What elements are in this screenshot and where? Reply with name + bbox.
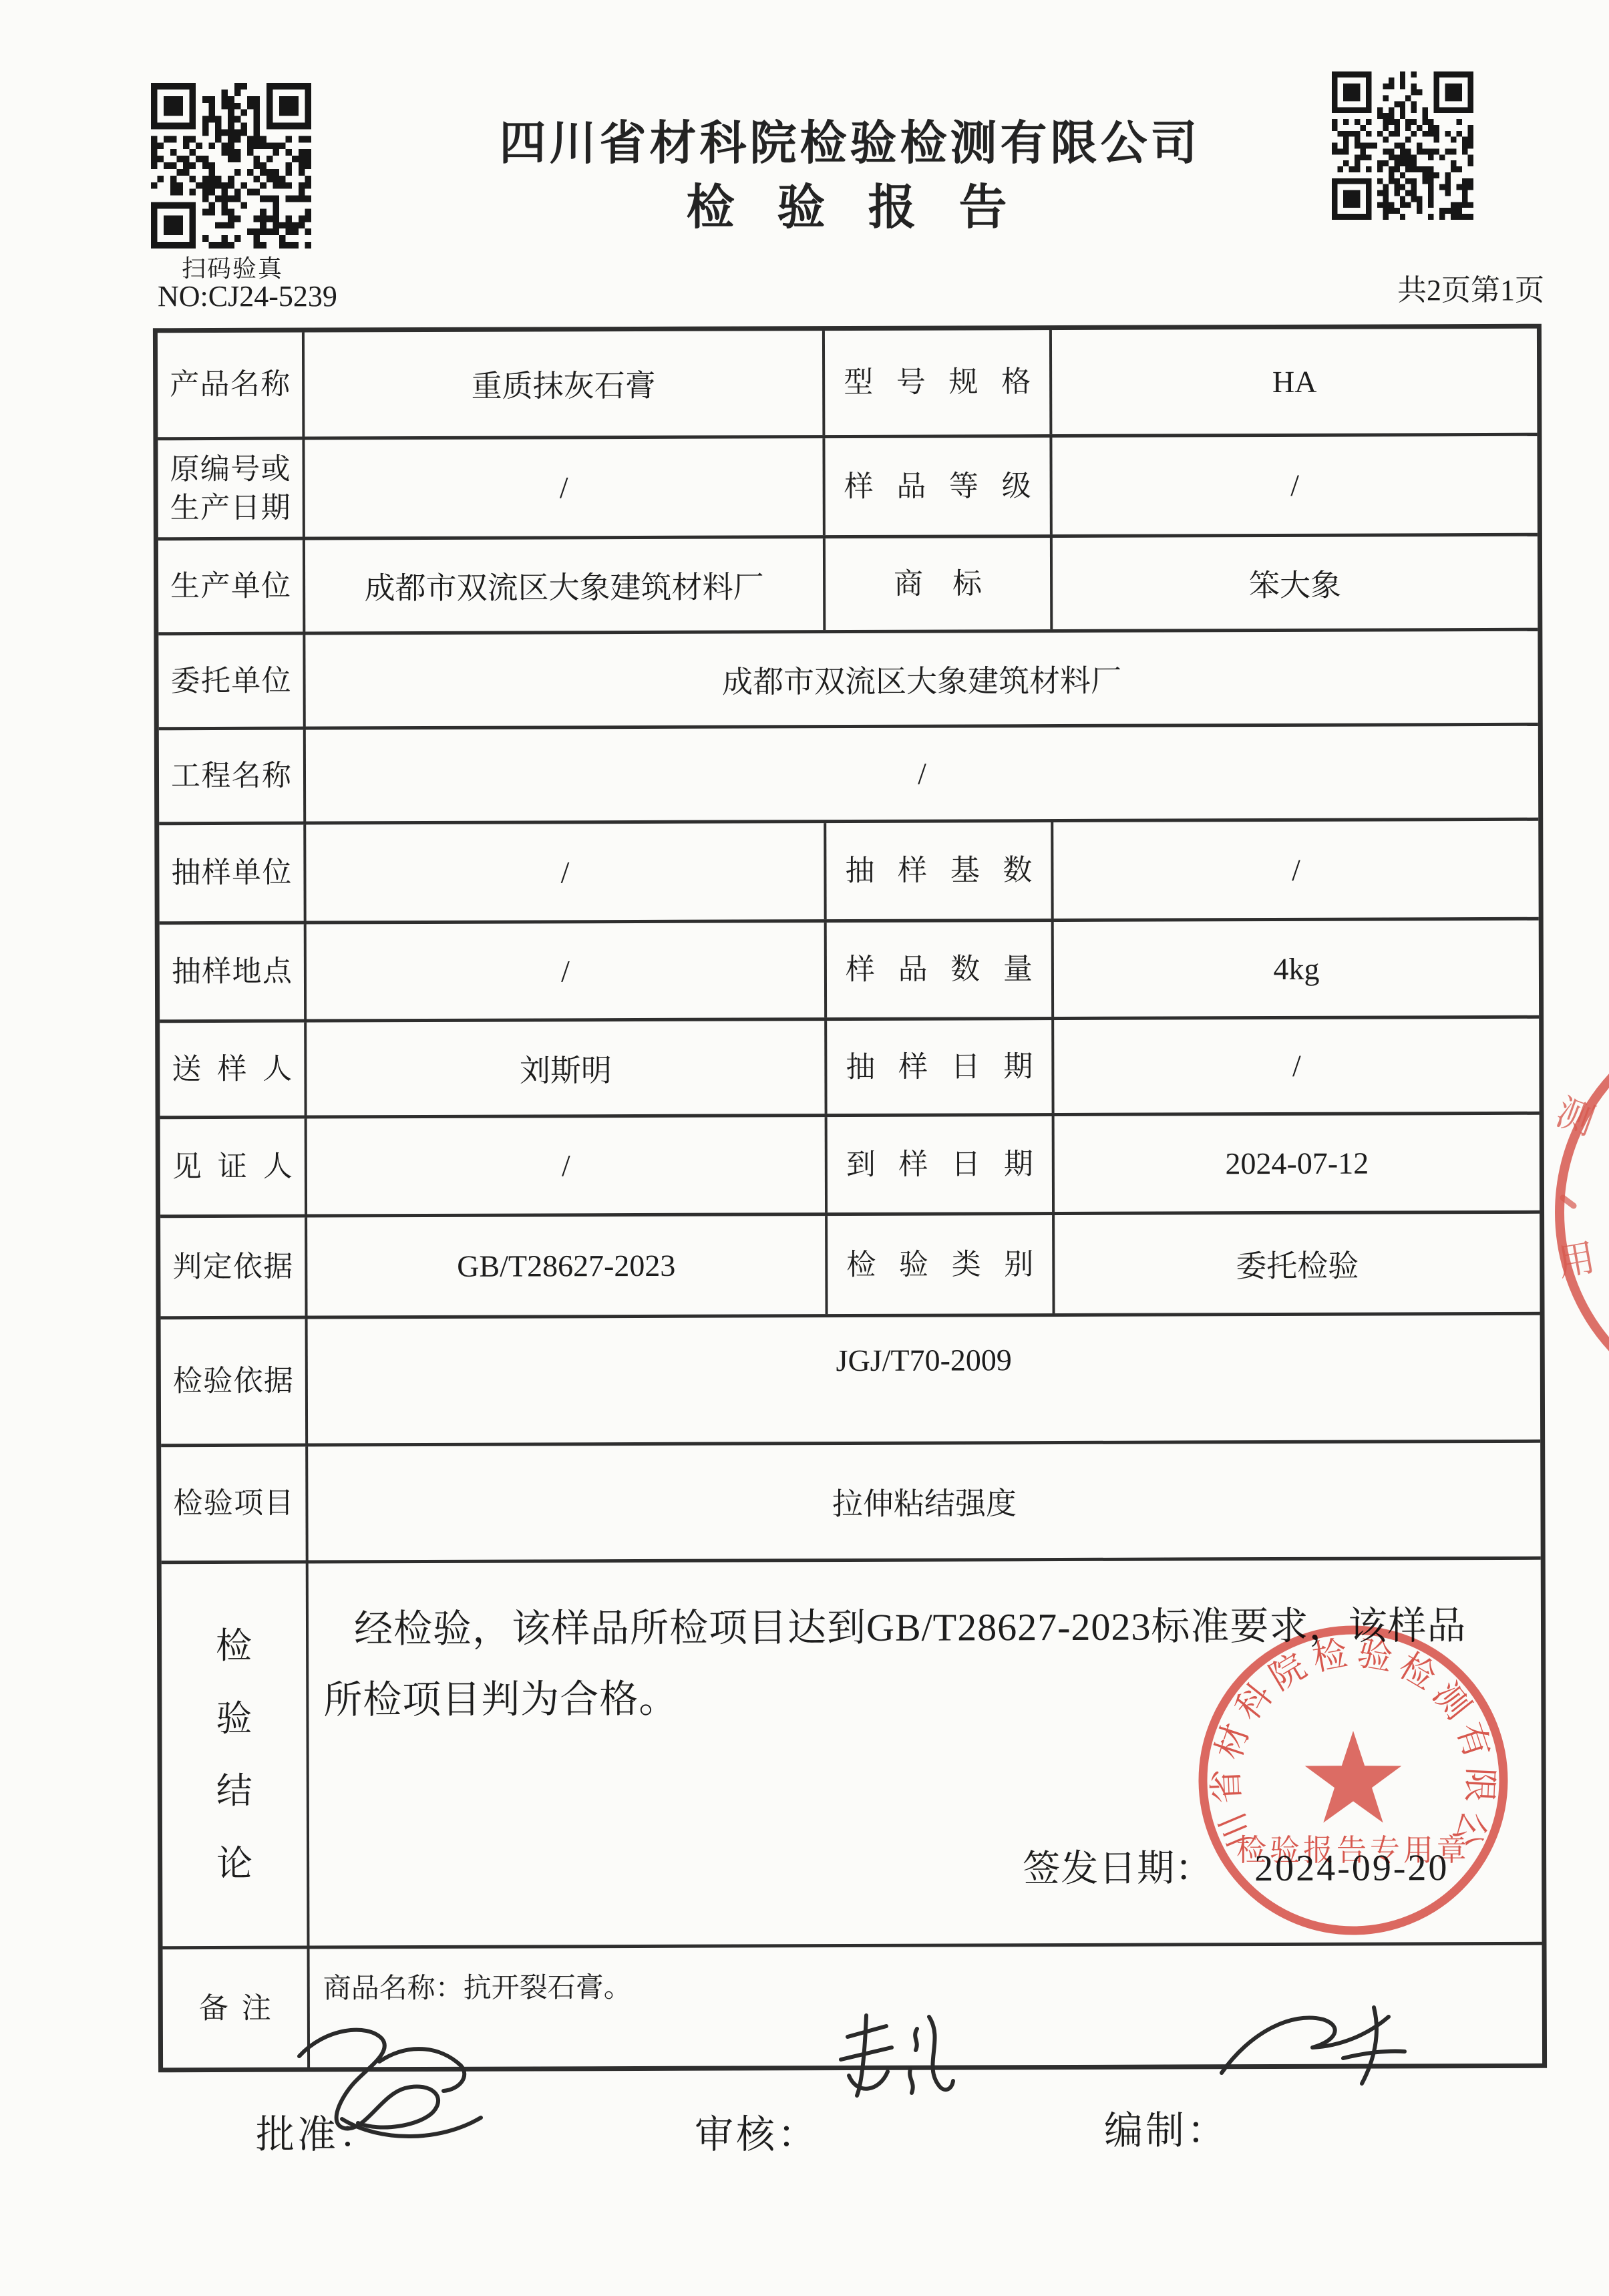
field-value: 刘斯明 — [304, 1021, 824, 1115]
table-row: 判定依据 GB/T28627-2023 检验类别 委托检验 — [160, 1210, 1540, 1316]
edge-seal-char: 用 — [1554, 1237, 1598, 1285]
field-value: / — [1051, 1019, 1539, 1113]
table-row: 检验项目 拉伸粘结强度 — [161, 1440, 1541, 1561]
field-label-text: 样品数量 — [846, 950, 1033, 989]
table-row: 送样人 刘斯明 抽样日期 / — [160, 1015, 1539, 1116]
table-row: 产品名称 重质抹灰石膏 型号规格 HA — [158, 329, 1537, 437]
table-row: 见证人 / 到样日期 2024-07-12 — [160, 1112, 1540, 1214]
edge-seal-stamp: 测 用 — [1519, 1052, 1609, 1373]
field-label: 判定依据 — [160, 1218, 305, 1317]
field-label: 生产单位 — [158, 540, 303, 633]
report-page: 扫码验真 四川省材科院检验检测有限公司 检 验 报 告 NO:CJ24-5239… — [0, 0, 1609, 2296]
field-label-line: 原编号或 — [170, 450, 290, 489]
field-label-text: 检验依据 — [173, 1362, 293, 1402]
conclusion-label-char: 结 — [216, 1773, 252, 1809]
table-row: 抽样地点 / 样品数量 4kg — [160, 917, 1539, 1019]
field-label: 抽样日期 — [824, 1020, 1051, 1114]
field-label: 委托单位 — [158, 635, 303, 727]
report-number: NO:CJ24-5239 — [158, 279, 337, 313]
review-label: 审核： — [695, 2103, 819, 2159]
field-value: / — [303, 823, 824, 921]
field-label-text: 样品等级 — [844, 467, 1031, 506]
field-label-text: 检验类别 — [846, 1245, 1033, 1285]
field-value: / — [302, 438, 822, 536]
remark-label-text: 备注 — [175, 1989, 295, 2028]
field-label-text: 抽样基数 — [845, 851, 1032, 890]
field-value: / — [303, 726, 1538, 822]
field-label: 样品数量 — [824, 922, 1051, 1017]
field-value: 成都市双流区大象建筑材料厂 — [303, 538, 823, 631]
conclusion-label-char: 检 — [216, 1628, 252, 1664]
table-row: 抽样单位 / 抽样基数 / — [159, 818, 1538, 921]
table-row: 原编号或 生产日期 / 样品等级 / — [158, 433, 1537, 537]
field-label-line: 生产日期 — [170, 488, 291, 528]
company-seal-stamp: 四川省材科院检验检测有限公司 检验报告专用章 — [1180, 1607, 1527, 1954]
field-label-text: 抽样单位 — [171, 854, 291, 893]
field-label: 抽样地点 — [160, 925, 304, 1020]
field-label-text: 商标 — [844, 564, 1031, 604]
field-label: 商标 — [823, 538, 1050, 630]
field-label: 检验项目 — [161, 1447, 306, 1561]
approver-signature — [281, 2017, 494, 2164]
company-title: 四川省材科院检验检测有限公司 — [156, 106, 1544, 173]
field-label-text: 委托单位 — [170, 661, 291, 701]
seal-star-icon — [1305, 1731, 1402, 1823]
field-label-text: 抽样地点 — [172, 953, 292, 992]
field-value: HA — [1049, 329, 1537, 434]
preparer-signature — [1212, 1994, 1413, 2101]
field-label: 到样日期 — [825, 1116, 1052, 1212]
field-label: 送样人 — [160, 1023, 304, 1116]
field-label: 见证人 — [160, 1119, 305, 1215]
field-label-text: 型号规格 — [844, 363, 1031, 402]
conclusion-label-char: 论 — [216, 1845, 252, 1881]
field-label-text: 抽样日期 — [846, 1047, 1033, 1087]
field-value: 4kg — [1051, 921, 1539, 1017]
field-value: 笨大象 — [1050, 536, 1538, 629]
table-row: 检验依据 JGJ/T70-2009 — [161, 1312, 1541, 1444]
field-value: JGJ/T70-2009 — [305, 1315, 1541, 1444]
svg-text:四川省材科院检验检测有限公司: 四川省材科院检验检测有限公司 — [1180, 1607, 1499, 1854]
edge-seal-mark — [1563, 1198, 1574, 1206]
field-value: 成都市双流区大象建筑材料厂 — [303, 631, 1538, 727]
field-label: 抽样单位 — [159, 825, 303, 922]
field-label-text: 到样日期 — [846, 1145, 1033, 1184]
table-row: 生产单位 成都市双流区大象建筑材料厂 商标 笨大象 — [158, 533, 1538, 632]
field-value: 拉伸粘结强度 — [305, 1443, 1541, 1561]
table-row: 工程名称 / — [159, 723, 1538, 822]
field-label-text: 判定依据 — [172, 1247, 293, 1287]
field-value: 2024-07-12 — [1052, 1115, 1540, 1212]
table-row: 委托单位 成都市双流区大象建筑材料厂 — [158, 628, 1538, 727]
report-title: 检 验 报 告 — [156, 168, 1544, 238]
field-label-text: 送样人 — [172, 1049, 292, 1089]
field-value: / — [305, 1117, 825, 1214]
field-label: 抽样基数 — [824, 822, 1051, 919]
reviewer-signature — [825, 2007, 965, 2138]
field-label-text: 检验项目 — [173, 1484, 293, 1524]
field-label: 产品名称 — [158, 333, 302, 438]
field-label: 样品等级 — [822, 438, 1049, 535]
field-label-text: 原编号或 生产日期 — [170, 450, 290, 528]
field-label: 工程名称 — [159, 730, 303, 822]
field-value: / — [304, 923, 824, 1019]
seal-ring-text: 四川省材科院检验检测有限公司 — [1180, 1607, 1499, 1854]
field-value: GB/T28627-2023 — [305, 1216, 825, 1315]
field-label-text: 生产单位 — [170, 566, 291, 606]
prepare-label: 编制： — [1104, 2099, 1228, 2155]
field-label: 检验类别 — [825, 1215, 1052, 1314]
field-label-text: 工程名称 — [171, 756, 291, 796]
field-label: 检验依据 — [161, 1319, 306, 1444]
field-value: / — [1051, 821, 1538, 919]
field-value: 重质抹灰石膏 — [302, 331, 822, 436]
field-label-text: 见证人 — [172, 1147, 293, 1186]
field-value: 委托检验 — [1052, 1214, 1540, 1313]
seal-purpose-text: 检验报告专用章 — [1236, 1834, 1470, 1867]
field-label: 型号规格 — [822, 330, 1049, 435]
page-indicator: 共2页第1页 — [1397, 266, 1544, 309]
field-value: / — [1049, 436, 1537, 534]
conclusion-label-char: 验 — [216, 1701, 252, 1737]
field-label-text: 产品名称 — [170, 365, 290, 405]
conclusion-label: 检 验 结 论 — [162, 1564, 307, 1947]
field-label: 原编号或 生产日期 — [158, 440, 302, 538]
